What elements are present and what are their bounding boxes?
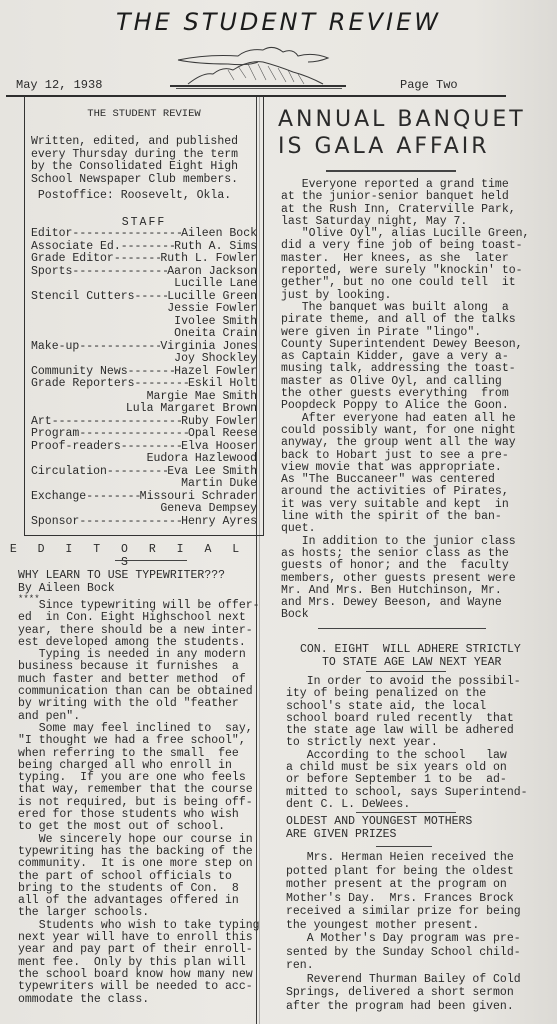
text-line: the larger schools.	[18, 907, 278, 919]
staff-name: Oneita Crain	[174, 328, 257, 341]
staff-row: Lucille Lane	[31, 278, 257, 291]
text-line: Reverend Thurman Bailey of Cold	[286, 973, 556, 987]
leader-dashes: ----------------------------------------	[135, 291, 168, 304]
issue-date: May 12, 1938	[16, 78, 102, 92]
staff-list: Editor----------------------------------…	[31, 228, 257, 528]
text-line: ed in Con. Eight Highschool next	[18, 612, 278, 624]
leader-dashes: ----------------------------------------	[86, 491, 139, 504]
staff-row: Eudora Hazlewood	[31, 453, 257, 466]
editorials-heading: E D I T O R I A L S	[0, 543, 256, 569]
text-line: pirate theme, and all of the talks	[281, 314, 551, 326]
text-line: ren.	[286, 959, 556, 973]
masthead-title: THE STUDENT REVIEW	[0, 8, 557, 36]
staff-role: Proof-readers	[31, 441, 121, 454]
staff-box-heading: THE STUDENT REVIEW	[25, 108, 263, 121]
intro-line: Postoffice: Roosevelt, Okla.	[31, 190, 238, 203]
text-line: or before September 1 to be ad-	[286, 774, 556, 786]
text-line: gether", but no one could tell it	[281, 277, 551, 289]
text-line: at the junior-senior banquet held	[281, 191, 551, 203]
page-number: Page Two	[400, 78, 458, 92]
staff-name: Eskil Holt	[188, 378, 257, 391]
text-line: line with the spirit of the ban-	[281, 511, 551, 523]
text-line: that way, remember that the course	[18, 784, 278, 796]
text-line: year and pay part of their enroll-	[18, 944, 278, 956]
text-line: received a similar prize for being	[286, 905, 556, 919]
staff-name: Martin Duke	[181, 478, 257, 491]
text-line: Mother's Day. Mrs. Frances Brock	[286, 892, 556, 906]
staff-row: Grade Reporters-------------------------…	[31, 378, 257, 391]
staff-name: Jessie Fowler	[167, 303, 257, 316]
staff-name: Eudora Hazlewood	[147, 453, 257, 466]
editorial-title: WHY LEARN TO USE TYPEWRITER???	[18, 570, 225, 583]
text-line: quet.	[281, 523, 551, 535]
staff-role: Sponsor	[31, 516, 79, 529]
text-line: business because it furnishes a	[18, 661, 278, 673]
text-line: Springs, delivered a short sermon	[286, 986, 556, 1000]
staff-name: Opal Reese	[188, 428, 257, 441]
text-line: Poopdeck Poppy to Alice the Goon.	[281, 400, 551, 412]
staff-role: Sports	[31, 266, 72, 279]
text-line: did a very fine job of being toast-	[281, 240, 551, 252]
text-line: sented by the Sunday School child-	[286, 946, 556, 960]
intro-line: Written, edited, and published	[31, 136, 238, 149]
text-line: and Mrs. Dewey Beeson, and Wayne	[281, 597, 551, 609]
editorial-body: Since typewriting will be offer-ed in Co…	[18, 600, 278, 1006]
staff-role: Editor	[31, 228, 72, 241]
text-line: Bock	[281, 609, 551, 621]
staff-row: Joy Shockley	[31, 353, 257, 366]
staff-role: Stencil Cutters	[31, 291, 135, 304]
staff-role: Exchange	[31, 491, 86, 504]
text-line: the youngest mother present.	[286, 919, 556, 933]
text-line: when referring to the small fee	[18, 748, 278, 760]
text-line: by writing with the old "feather	[18, 698, 278, 710]
headline-rule	[376, 846, 432, 847]
staff-name: Henry Ayres	[181, 516, 257, 529]
staff-role: Make-up	[31, 341, 79, 354]
text-line: ity of being penalized on the	[286, 688, 556, 700]
text-line: guests of honor; and the faculty	[281, 560, 551, 572]
text-line: around the activities of Pirates,	[281, 486, 551, 498]
staff-name: Joy Shockley	[174, 353, 257, 366]
staff-row: Jessie Fowler	[31, 303, 257, 316]
text-line: after the program had been given.	[286, 1000, 556, 1014]
text-line: potted plant for being the oldest	[286, 865, 556, 879]
staff-name: Ruth L. Fowler	[160, 253, 257, 266]
staff-row: Grade Editor----------------------------…	[31, 253, 257, 266]
text-line: ommodate the class.	[18, 994, 278, 1006]
text-line: A Mother's Day program was pre-	[286, 932, 556, 946]
text-line: to get the most out of school.	[18, 821, 278, 833]
staff-role: Grade Editor	[31, 253, 114, 266]
staff-name: Aileen Bock	[181, 228, 257, 241]
text-line: mother present at the program on	[286, 878, 556, 892]
text-line: Mrs. Herman Heien received the	[286, 851, 556, 865]
age-law-body: In order to avoid the possibil-ity of be…	[286, 676, 556, 811]
leader-dashes: ----------------------------------------	[79, 341, 160, 354]
text-line: typewriters will be needed to acc-	[18, 981, 278, 993]
staff-row: Program---------------------------------…	[31, 428, 257, 441]
leader-dashes: ----------------------------------------	[72, 266, 167, 279]
staff-row: Sponsor---------------------------------…	[31, 516, 257, 529]
banquet-body: Everyone reported a grand timeat the jun…	[281, 179, 551, 622]
intro-line: School Newspaper Club members.	[31, 174, 238, 187]
mothers-headline-1: OLDEST AND YOUNGEST MOTHERS	[286, 816, 472, 829]
leader-dashes: ----------------------------------------	[79, 428, 188, 441]
text-line: anyway, the group went all the way	[281, 437, 551, 449]
staff-row: Editor----------------------------------…	[31, 228, 257, 241]
leader-dashes: ----------------------------------------	[135, 378, 188, 391]
text-line: dent C. L. DeWees.	[286, 799, 556, 811]
staff-box-intro: Written, edited, and published every Thu…	[31, 136, 238, 203]
text-line: members, other guests present were	[281, 573, 551, 585]
text-line: were given in Pirate "lingo".	[281, 327, 551, 339]
leader-dashes: ----------------------------------------	[79, 516, 181, 529]
text-line: "I thought we had a free school",	[18, 735, 278, 747]
intro-line: by the Consolidated Eight High	[31, 161, 238, 174]
article-rule	[318, 628, 486, 629]
editorials-rule	[115, 560, 187, 561]
staff-name: Lucille Lane	[174, 278, 257, 291]
staff-row: Lula Margaret Brown	[31, 403, 257, 416]
staff-row: Martin Duke	[31, 478, 257, 491]
staff-role: Circulation	[31, 466, 107, 479]
mothers-body: Mrs. Herman Heien received thepotted pla…	[286, 851, 556, 1013]
text-line: community. It is one more step on	[18, 858, 278, 870]
banquet-headline: ANNUAL BANQUET IS GALA AFFAIR	[278, 106, 526, 160]
age-law-headline-1: CON. EIGHT WILL ADHERE STRICTLY	[300, 644, 521, 657]
leader-dashes: ----------------------------------------	[72, 228, 181, 241]
staff-row: Geneva Dempsey	[31, 503, 257, 516]
headline-rule	[366, 671, 446, 672]
text-line: the part of school officials to	[18, 871, 278, 883]
banquet-rule	[326, 170, 456, 172]
staff-name: Geneva Dempsey	[160, 503, 257, 516]
staff-role: Grade Reporters	[31, 378, 135, 391]
staff-row: Oneita Crain	[31, 328, 257, 341]
staff-box: THE STUDENT REVIEW Written, edited, and …	[24, 96, 264, 536]
newspaper-page: THE STUDENT REVIEW May 12, 1938 Page Two…	[0, 0, 557, 1024]
leader-dashes: ----------------------------------------	[114, 253, 161, 266]
staff-role: Program	[31, 428, 79, 441]
leader-dashes: ----------------------------------------	[128, 366, 175, 379]
age-law-headline-2: TO STATE AGE LAW NEXT YEAR	[322, 657, 501, 670]
banquet-headline-line: ANNUAL BANQUET	[278, 106, 526, 133]
mothers-headline-2: ARE GIVEN PRIZES	[286, 829, 396, 842]
cloud-mountain-illustration-icon	[168, 40, 348, 92]
editorial-byline: By Aileen Bock	[18, 583, 225, 596]
text-line: musing talk, addressing the toast-	[281, 363, 551, 375]
text-line: to strictly next year.	[286, 737, 556, 749]
article-rule	[356, 812, 456, 813]
text-line: back to Hobart just to see a pre-	[281, 450, 551, 462]
banquet-headline-line: IS GALA AFFAIR	[278, 133, 526, 160]
leader-dashes: ----------------------------------------	[107, 466, 167, 479]
staff-name: Lula Margaret Brown	[126, 403, 257, 416]
